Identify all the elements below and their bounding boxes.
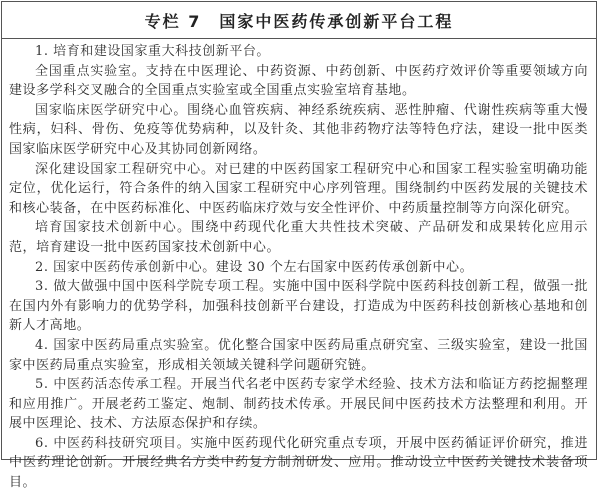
column-content: 1. 培育和建设国家重大科技创新平台。 全国重点实验室。支持在中医理论、中药资源… — [2, 39, 596, 463]
paragraph-lead: 4. 国家中医药局重点实验室。 — [35, 338, 218, 353]
paragraph: 深化建设国家工程研究中心。对已建的中医药国家工程研究中心和国家工程实验室明确功能… — [9, 160, 588, 219]
paragraph-lead: 深化建设国家工程研究中心。 — [35, 162, 215, 177]
paragraph-lead: 6. 中医药科技研究项目。 — [35, 436, 190, 451]
paragraph: 2. 国家中医药传承创新中心。建设 30 个左右国家中医药传承创新中心。 — [9, 258, 588, 278]
paragraph-lead: 3. 做大做强中国中医科学院专项工程。 — [35, 279, 273, 294]
paragraph-lead: 5. 中医药活态传承工程。 — [35, 377, 190, 392]
column-heading: 国家中医药传承创新平台工程 — [219, 9, 453, 32]
paragraph-lead: 全国重点实验室。 — [35, 64, 146, 79]
paragraph-lead: 2. 国家中医药传承创新中心。 — [35, 260, 216, 275]
paragraph-lead: 国家临床医学研究中心。 — [35, 103, 187, 118]
paragraph: 1. 培育和建设国家重大科技创新平台。 — [9, 42, 588, 62]
column-title: 专栏 7 国家中医药传承创新平台工程 — [2, 2, 596, 39]
paragraph-body: 建设 30 个左右国家中医药传承创新中心。 — [216, 260, 473, 275]
paragraph-lead: 培育国家技术创新中心。 — [35, 220, 191, 235]
column-box: 专栏 7 国家中医药传承创新平台工程 1. 培育和建设国家重大科技创新平台。 全… — [1, 1, 597, 460]
paragraph-lead: 1. 培育和建设国家重大科技创新平台。 — [35, 44, 270, 59]
paragraph: 国家临床医学研究中心。围绕心血管疾病、神经系统疾病、恶性肿瘤、代谢性疾病等重大慢… — [9, 101, 588, 160]
paragraph: 全国重点实验室。支持在中医理论、中药资源、中药创新、中医药疗效评价等重要领域方向… — [9, 62, 588, 101]
paragraph: 3. 做大做强中国中医科学院专项工程。实施中国中医科学院中医药科技创新工程，做强… — [9, 277, 588, 336]
paragraph: 5. 中医药活态传承工程。开展当代名老中医药专家学术经验、技术方法和临证方药挖掘… — [9, 375, 588, 434]
paragraph: 培育国家技术创新中心。围绕中药现代化重大共性技术突破、产品研发和成果转化应用示范… — [9, 218, 588, 257]
paragraph: 4. 国家中医药局重点实验室。优化整合国家中医药局重点研究室、三级实验室，建设一… — [9, 336, 588, 375]
column-number: 专栏 7 — [145, 9, 202, 32]
paragraph: 6. 中医药科技研究项目。实施中医药现代化研究重点专项，开展中医药循证评价研究，… — [9, 434, 588, 463]
